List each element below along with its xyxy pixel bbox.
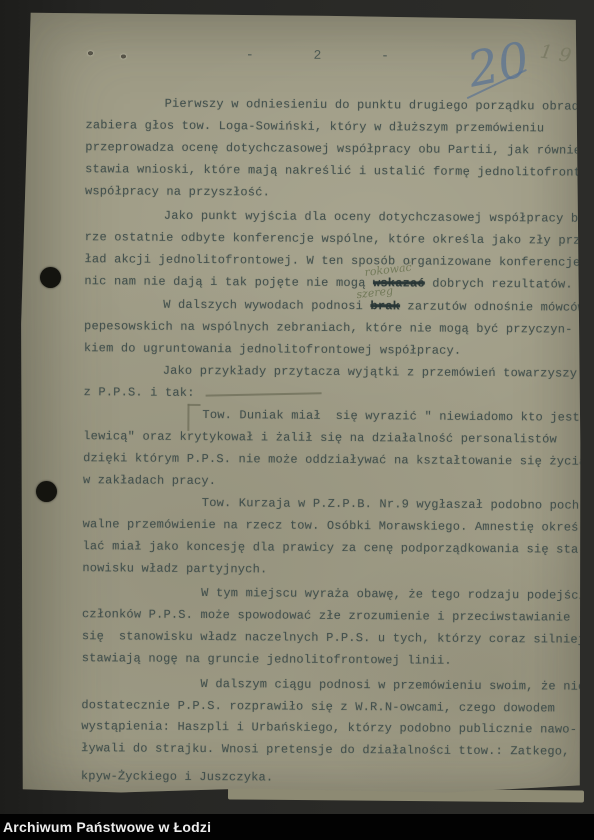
typed-line: dzięki którym P.P.S. nie może oddziaływa… bbox=[83, 451, 586, 469]
typed-line: ład akcji jednolitofrontowej. W ten spos… bbox=[84, 252, 580, 269]
typed-line: nowisku władz partyjnych. bbox=[82, 561, 267, 576]
typed-line: Tow. Duniak miał się wyrazić " niewiadom… bbox=[202, 408, 580, 425]
hole-punch-bottom bbox=[36, 481, 57, 502]
typed-line: Jako przykłady przytacza wyjątki z przem… bbox=[163, 364, 578, 381]
pencil-bracket-mark-horizontal bbox=[188, 404, 201, 406]
typed-line: W dalszych wywodach podnosi brak zarzutó… bbox=[163, 298, 585, 315]
typed-line: pepesowskich na wspólnych zebraniach, kt… bbox=[84, 319, 573, 336]
typed-line: zabiera głos tow. Loga-Sowiński, który w… bbox=[85, 118, 544, 135]
handwritten-pencil-number: 19 bbox=[538, 41, 579, 69]
typed-line: członków P.P.S. może spowodować złe zroz… bbox=[82, 607, 571, 624]
typed-line: wystąpienia: Haszpli i Urbańskiego, któr… bbox=[81, 719, 577, 736]
pencil-underline-mark bbox=[206, 392, 322, 396]
scan-viewer-stage: - 2 - 20 19 Pierwszy w odniesieniu do pu… bbox=[0, 0, 594, 840]
typed-line: z P.P.S. i tak: bbox=[84, 385, 195, 400]
typed-line: Jako punkt wyjścia dla oceny dotychczaso… bbox=[164, 209, 594, 226]
typed-line: ływali do strajku. Wnosi pretensje do dz… bbox=[81, 741, 570, 758]
archive-name-label: Archiwum Państwowe w Łodzi bbox=[3, 819, 211, 835]
red-pencil-end-stroke bbox=[19, 8, 24, 42]
typed-text-block: Pierwszy w odniesieniu do punktu drugieg… bbox=[20, 8, 582, 12]
pinhole-right bbox=[121, 54, 126, 58]
typed-line: stawiają nogę na gruncie jednolitofronto… bbox=[82, 651, 452, 668]
typed-line: nic nam nie dają i tak pojęte nie mogą w… bbox=[84, 274, 573, 291]
typed-line: lać miał jako koncesję dla prawicy za ce… bbox=[82, 539, 585, 557]
typed-line: Tow. Kurzaja w P.Z.P.B. Nr.9 wygłaszał p… bbox=[202, 496, 587, 513]
typed-line: się stanowisku władz naczelnych P.P.S. u… bbox=[82, 629, 585, 647]
handwritten-blue-number: 20 bbox=[463, 31, 534, 98]
hole-punch-top bbox=[40, 267, 61, 288]
typed-line: walne przemówienie na rzecz tow. Osóbki … bbox=[83, 517, 586, 535]
typed-line: dostatecznie P.P.S. rozprawiło się z W.R… bbox=[81, 698, 555, 715]
typed-line: kiem do ugruntowania jednolitofrontowej … bbox=[84, 341, 462, 358]
struck-word: brak bbox=[370, 299, 400, 313]
typed-line: stawia wnioski, które mają nakreślić i u… bbox=[85, 162, 594, 180]
scanned-document-page: - 2 - 20 19 Pierwszy w odniesieniu do pu… bbox=[20, 8, 582, 798]
typed-line: w zakładach pracy. bbox=[83, 473, 216, 488]
typed-line: kpyw-Życkiego i Juszczyka. bbox=[81, 769, 274, 784]
typed-line: W dalszym ciągu podnosi w przemówieniu s… bbox=[201, 677, 593, 694]
typed-line: lewicą" oraz krytykował i żalił się na d… bbox=[83, 429, 557, 446]
page-content: - 2 - 20 19 Pierwszy w odniesieniu do pu… bbox=[15, 8, 583, 802]
typed-line: przeprowadza ocenę dotychczasowej współp… bbox=[85, 140, 588, 158]
archive-footer-bar: Archiwum Państwowe w Łodzi bbox=[0, 814, 594, 840]
typed-line: współpracy na przyszłość. bbox=[85, 184, 270, 199]
typed-line: Pierwszy w odniesieniu do punktu drugieg… bbox=[165, 97, 587, 114]
page-number: - 2 - bbox=[246, 47, 415, 63]
typed-line: rze ostatnie odbyte konferencje wspólne,… bbox=[85, 230, 594, 248]
pinhole-left bbox=[88, 51, 93, 55]
typed-line: W tym miejscu wyraża obawę, że tego rodz… bbox=[201, 586, 593, 603]
pencil-bracket-mark-vertical bbox=[187, 404, 189, 431]
